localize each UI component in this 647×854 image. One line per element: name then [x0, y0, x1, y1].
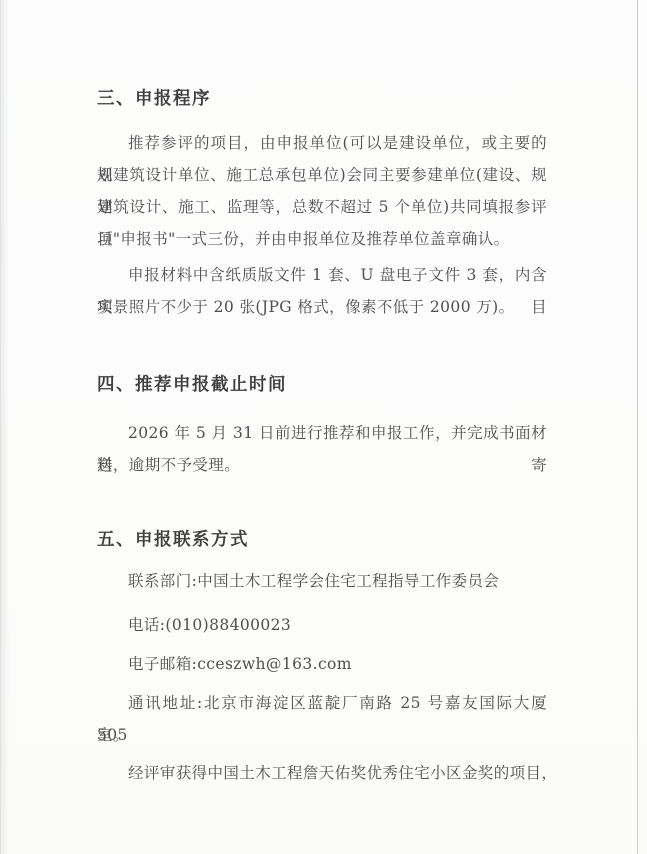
section-heading-contact: 五、申报联系方式	[97, 527, 567, 551]
paragraph-line: 划建筑设计单位、施工总承包单位)会同主要参建单位(建设、规划	[97, 159, 547, 191]
scan-edge-right	[637, 0, 638, 854]
section-heading-application-procedure: 三、申报程序	[97, 86, 567, 110]
paragraph-line: 建筑设计、施工、监理等，总数不超过 5 个单位)共同填报参评项	[97, 191, 547, 223]
paragraph-line: 实景照片不少于 20 张(JPG 格式，像素不低于 2000 万)。	[97, 291, 547, 323]
section-heading-deadline: 四、推荐申报截止时间	[97, 372, 567, 396]
scan-edge-left	[0, 0, 9, 854]
contact-department: 联系部门:中国土木工程学会住宅工程指导工作委员会	[97, 565, 547, 597]
paragraph-line: 送，逾期不予受理。	[97, 449, 547, 481]
paragraph-line: 推荐参评的项目，由申报单位(可以是建设单位，或主要的规	[97, 127, 547, 159]
paragraph-line: 申报材料中含纸质版文件 1 套、U 盘电子文件 3 套，内含项目	[97, 259, 547, 291]
paragraph-line: 2026 年 5 月 31 日前进行推荐和申报工作，并完成书面材料寄	[97, 417, 547, 449]
contact-address-line1: 通讯地址:北京市海淀区蓝靛厂南路 25 号嘉友国际大厦 505	[97, 687, 547, 719]
paragraph-line: 目"申报书"一式三份，并由申报单位及推荐单位盖章确认。	[97, 223, 547, 255]
document-page: 三、申报程序 推荐参评的项目，由申报单位(可以是建设单位，或主要的规 划建筑设计…	[0, 0, 647, 854]
contact-phone: 电话:(010)88400023	[97, 609, 547, 641]
closing-paragraph-line: 经评审获得中国土木工程詹天佑奖优秀住宅小区金奖的项目，	[97, 757, 547, 789]
contact-address-line2: 室。	[97, 719, 547, 751]
contact-email: 电子邮箱:cceszwh@163.com	[97, 648, 547, 680]
